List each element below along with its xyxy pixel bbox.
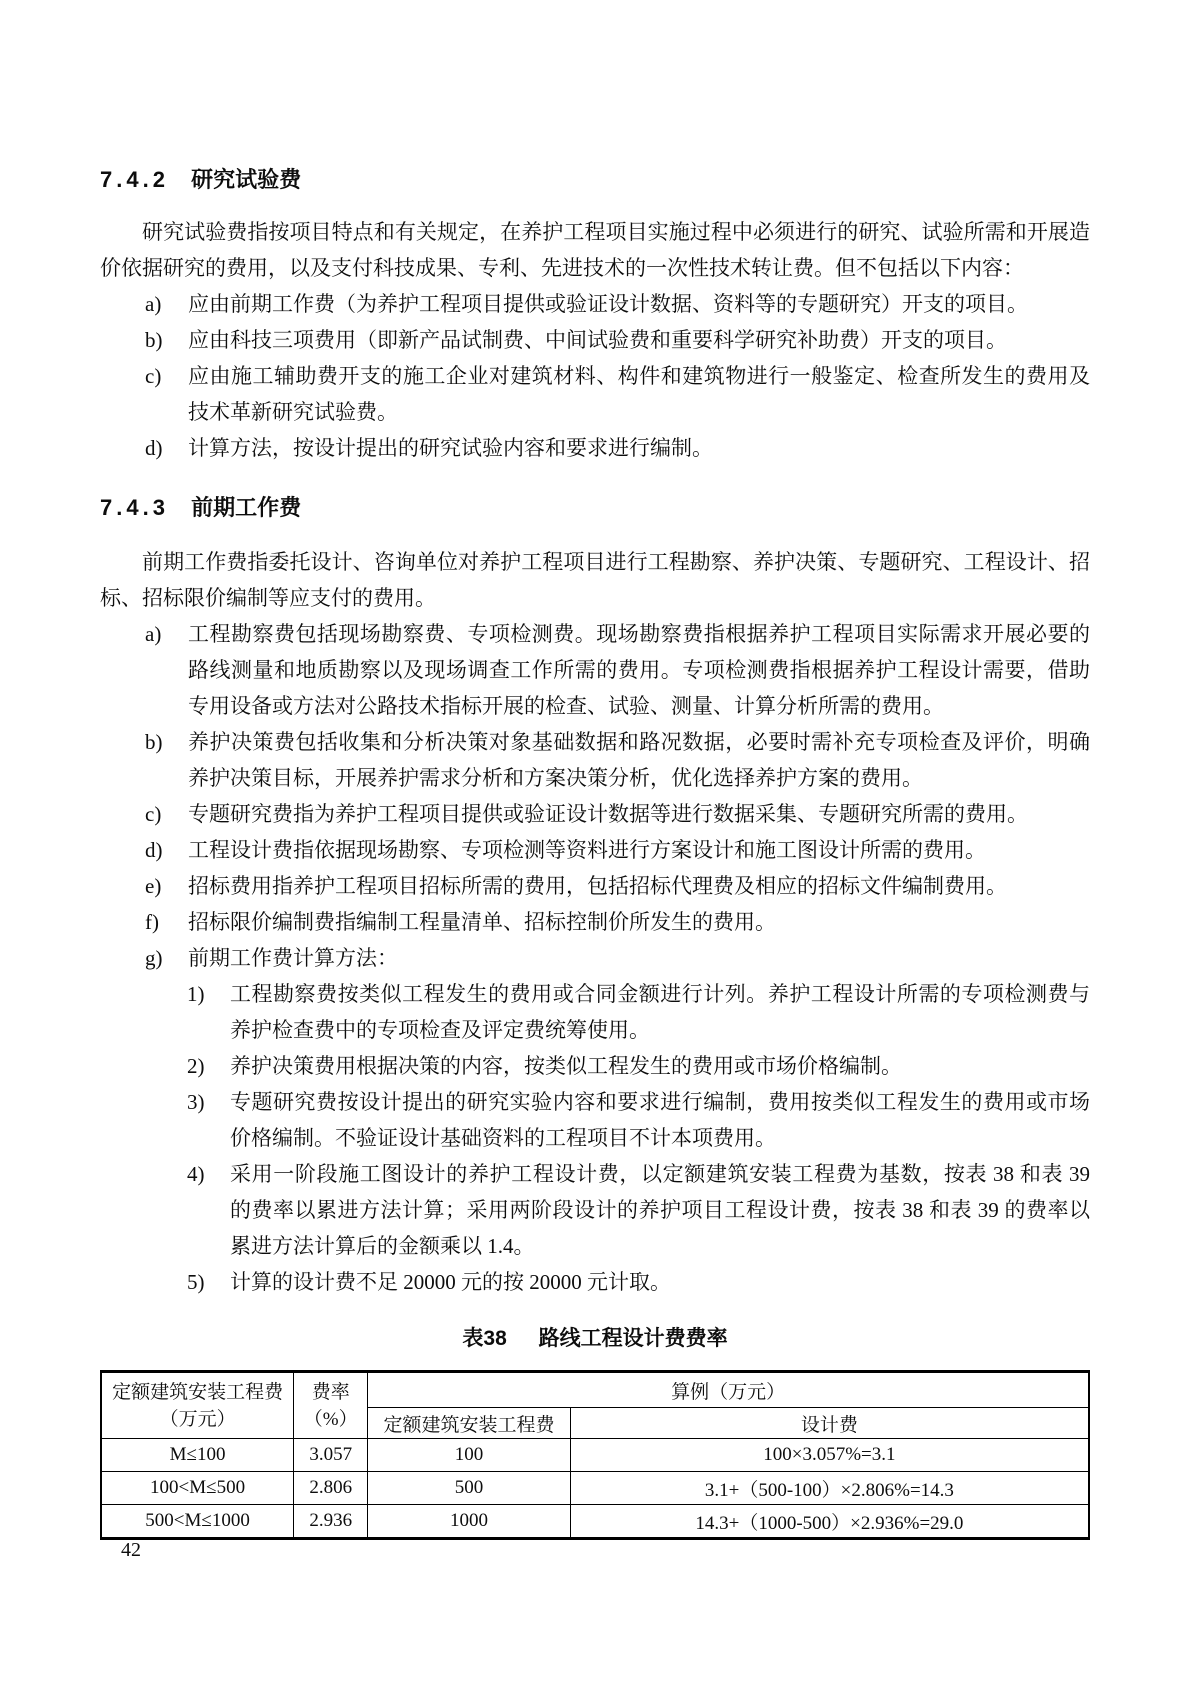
sublist-item-text: 专题研究费按设计提出的研究实验内容和要求进行编制，费用按类似工程发生的费用或市场… xyxy=(230,1084,1090,1156)
cell-cost-range: 100<M≤500 xyxy=(101,1472,294,1505)
list-item-text: 招标费用指养护工程项目招标所需的费用，包括招标代理费及相应的招标文件编制费用。 xyxy=(188,868,1090,904)
table-row: 500<M≤1000 2.936 1000 14.3+（1000-500）×2.… xyxy=(101,1505,1089,1539)
cell-rate: 3.057 xyxy=(294,1439,368,1472)
sublist-item-text: 工程勘察费按类似工程发生的费用或合同金额进行计列。养护工程设计所需的专项检测费与… xyxy=(230,976,1090,1048)
list-item-text: 前期工作费计算方法： xyxy=(188,940,1090,976)
list-item-label: a) xyxy=(145,286,188,322)
sublist-item-label: 4) xyxy=(187,1156,230,1264)
list-item: c) 应由施工辅助费开支的施工企业对建筑材料、构件和建筑物进行一般鉴定、检查所发… xyxy=(100,358,1090,430)
heading-title: 前期工作费 xyxy=(191,495,301,520)
header-cell-cost-range: 定额建筑安装工程费 （万元） xyxy=(101,1372,294,1439)
numbered-sublist: 1) 工程勘察费按类似工程发生的费用或合同金额进行计列。养护工程设计所需的专项检… xyxy=(100,976,1090,1300)
list-item-text: 工程勘察费包括现场勘察费、专项检测费。现场勘察费指根据养护工程项目实际需求开展必… xyxy=(188,616,1090,724)
list-item-text: 计算方法，按设计提出的研究试验内容和要求进行编制。 xyxy=(188,430,1090,466)
list-item: d) 工程设计费指依据现场勘察、专项检测等资料进行方案设计和施工图设计所需的费用… xyxy=(100,832,1090,868)
sublist-item-text: 养护决策费用根据决策的内容，按类似工程发生的费用或市场价格编制。 xyxy=(230,1048,1090,1084)
header-cell-example-group: 算例（万元） xyxy=(368,1372,1089,1408)
cell-example-cost: 100 xyxy=(368,1439,571,1472)
cell-example-cost: 500 xyxy=(368,1472,571,1505)
list-item-label: f) xyxy=(145,904,188,940)
cell-cost-range: M≤100 xyxy=(101,1439,294,1472)
header-cell-rate: 费率 （%） xyxy=(294,1372,368,1439)
list-item-label: b) xyxy=(145,724,188,796)
table-header-row: 定额建筑安装工程费 （万元） 费率 （%） 算例（万元） xyxy=(101,1372,1089,1408)
cell-example-cost: 1000 xyxy=(368,1505,571,1539)
intro-paragraph: 前期工作费指委托设计、咨询单位对养护工程项目进行工程勘察、养护决策、专题研究、工… xyxy=(100,544,1090,616)
heading-number: 7.4.2 xyxy=(100,167,169,192)
sublist-item-label: 2) xyxy=(187,1048,230,1084)
header-cost-range-line1: 定额建筑安装工程费 xyxy=(108,1379,287,1406)
section-7-4-2: 7.4.2 研究试验费 研究试验费指按项目特点和有关规定，在养护工程项目实施过程… xyxy=(100,160,1090,466)
section-7-4-3: 7.4.3 前期工作费 前期工作费指委托设计、咨询单位对养护工程项目进行工程勘察… xyxy=(100,488,1090,1300)
cell-design-fee: 14.3+（1000-500）×2.936%=29.0 xyxy=(570,1505,1089,1539)
header-cost-range-line2: （万元） xyxy=(108,1406,287,1433)
sublist-item-label: 1) xyxy=(187,976,230,1048)
table-38: 定额建筑安装工程费 （万元） 费率 （%） 算例（万元） 定额建筑安装工程费 设… xyxy=(100,1370,1090,1540)
list-item-label: c) xyxy=(145,358,188,430)
cell-rate: 2.806 xyxy=(294,1472,368,1505)
sublist-item: 4) 采用一阶段施工图设计的养护工程设计费，以定额建筑安装工程费为基数，按表 3… xyxy=(100,1156,1090,1264)
table-row: 100<M≤500 2.806 500 3.1+（500-100）×2.806%… xyxy=(101,1472,1089,1505)
list-item: b) 应由科技三项费用（即新产品试制费、中间试验费和重要科学研究补助费）开支的项… xyxy=(100,322,1090,358)
page-number: 42 xyxy=(121,1538,141,1562)
table-row: M≤100 3.057 100 100×3.057%=3.1 xyxy=(101,1439,1089,1472)
sublist-item: 2) 养护决策费用根据决策的内容，按类似工程发生的费用或市场价格编制。 xyxy=(100,1048,1090,1084)
list-item: a) 应由前期工作费（为养护工程项目提供或验证设计数据、资料等的专题研究）开支的… xyxy=(100,286,1090,322)
list-item-label: g) xyxy=(145,940,188,976)
table-caption: 表38 路线工程设计费费率 xyxy=(100,1320,1090,1358)
list-item: c) 专题研究费指为养护工程项目提供或验证设计数据等进行数据采集、专题研究所需的… xyxy=(100,796,1090,832)
sublist-item: 5) 计算的设计费不足 20000 元的按 20000 元计取。 xyxy=(100,1264,1090,1300)
document-page: 7.4.2 研究试验费 研究试验费指按项目特点和有关规定，在养护工程项目实施过程… xyxy=(0,0,1190,1683)
list-item-text: 应由科技三项费用（即新产品试制费、中间试验费和重要科学研究补助费）开支的项目。 xyxy=(188,322,1090,358)
list-item-text: 应由施工辅助费开支的施工企业对建筑材料、构件和建筑物进行一般鉴定、检查所发生的费… xyxy=(188,358,1090,430)
list-item-text: 招标限价编制费指编制工程量清单、招标控制价所发生的费用。 xyxy=(188,904,1090,940)
section-heading: 7.4.3 前期工作费 xyxy=(100,488,1090,528)
list-item: b) 养护决策费包括收集和分析决策对象基础数据和路况数据，必要时需补充专项检查及… xyxy=(100,724,1090,796)
sublist-item: 1) 工程勘察费按类似工程发生的费用或合同金额进行计列。养护工程设计所需的专项检… xyxy=(100,976,1090,1048)
list-item-label: b) xyxy=(145,322,188,358)
list-item-text: 专题研究费指为养护工程项目提供或验证设计数据等进行数据采集、专题研究所需的费用。 xyxy=(188,796,1090,832)
heading-number: 7.4.3 xyxy=(100,495,169,520)
subheader-cell-design-fee: 设计费 xyxy=(570,1408,1089,1439)
list-item: f) 招标限价编制费指编制工程量清单、招标控制价所发生的费用。 xyxy=(100,904,1090,940)
list-item-label: e) xyxy=(145,868,188,904)
lettered-list: a) 应由前期工作费（为养护工程项目提供或验证设计数据、资料等的专题研究）开支的… xyxy=(100,286,1090,466)
table-caption-label: 表38 xyxy=(462,1327,506,1350)
header-rate-line2: （%） xyxy=(300,1406,361,1433)
section-heading: 7.4.2 研究试验费 xyxy=(100,160,1090,200)
cell-design-fee: 100×3.057%=3.1 xyxy=(570,1439,1089,1472)
list-item: g) 前期工作费计算方法： xyxy=(100,940,1090,976)
sublist-item-label: 3) xyxy=(187,1084,230,1156)
list-item-text: 工程设计费指依据现场勘察、专项检测等资料进行方案设计和施工图设计所需的费用。 xyxy=(188,832,1090,868)
intro-paragraph: 研究试验费指按项目特点和有关规定，在养护工程项目实施过程中必须进行的研究、试验所… xyxy=(100,214,1090,286)
list-item: a) 工程勘察费包括现场勘察费、专项检测费。现场勘察费指根据养护工程项目实际需求… xyxy=(100,616,1090,724)
sublist-item-label: 5) xyxy=(187,1264,230,1300)
lettered-list: a) 工程勘察费包括现场勘察费、专项检测费。现场勘察费指根据养护工程项目实际需求… xyxy=(100,616,1090,976)
sublist-item-text: 计算的设计费不足 20000 元的按 20000 元计取。 xyxy=(230,1264,1090,1300)
heading-title: 研究试验费 xyxy=(191,167,301,192)
list-item: d) 计算方法，按设计提出的研究试验内容和要求进行编制。 xyxy=(100,430,1090,466)
list-item-label: d) xyxy=(145,430,188,466)
sublist-item: 3) 专题研究费按设计提出的研究实验内容和要求进行编制，费用按类似工程发生的费用… xyxy=(100,1084,1090,1156)
list-item-text: 养护决策费包括收集和分析决策对象基础数据和路况数据，必要时需补充专项检查及评价，… xyxy=(188,724,1090,796)
header-rate-line1: 费率 xyxy=(300,1379,361,1406)
list-item-label: d) xyxy=(145,832,188,868)
cell-rate: 2.936 xyxy=(294,1505,368,1539)
sublist-item-text: 采用一阶段施工图设计的养护工程设计费，以定额建筑安装工程费为基数，按表 38 和… xyxy=(230,1156,1090,1264)
cell-design-fee: 3.1+（500-100）×2.806%=14.3 xyxy=(570,1472,1089,1505)
list-item: e) 招标费用指养护工程项目招标所需的费用，包括招标代理费及相应的招标文件编制费… xyxy=(100,868,1090,904)
subheader-cell-example-cost: 定额建筑安装工程费 xyxy=(368,1408,571,1439)
cell-cost-range: 500<M≤1000 xyxy=(101,1505,294,1539)
list-item-text: 应由前期工作费（为养护工程项目提供或验证设计数据、资料等的专题研究）开支的项目。 xyxy=(188,286,1090,322)
list-item-label: a) xyxy=(145,616,188,724)
table-caption-title: 路线工程设计费费率 xyxy=(539,1327,728,1350)
list-item-label: c) xyxy=(145,796,188,832)
